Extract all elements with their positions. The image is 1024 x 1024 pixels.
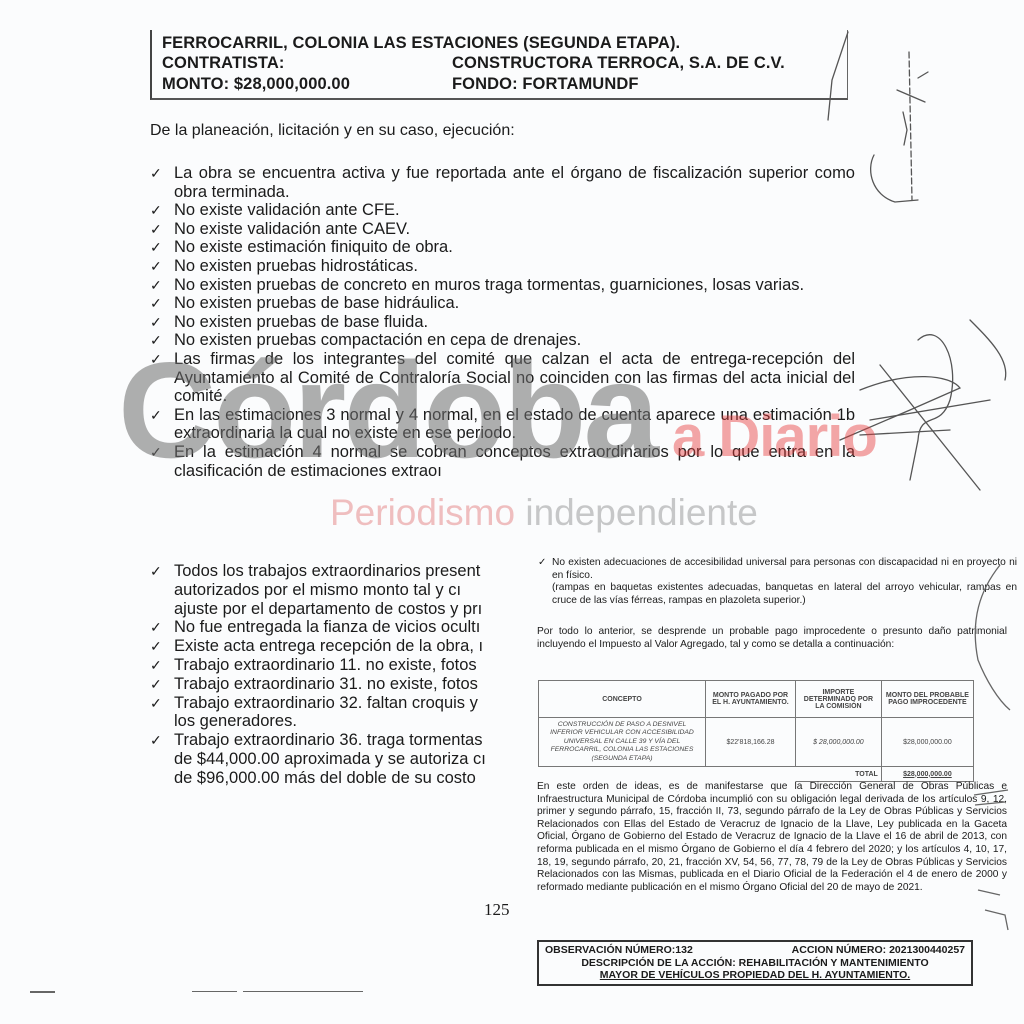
contractor-line: CONTRATISTA: CONSTRUCTORA TERROCA, S.A. …	[162, 54, 285, 73]
finding-text-line: Todos los trabajos extraordinarios prese…	[174, 562, 530, 581]
finding-text-line: Trabajo extraordinario 32. faltan croqui…	[174, 694, 530, 713]
project-title-line: FERROCARRIL, COLONIA LAS ESTACIONES (SEG…	[162, 34, 680, 53]
checkmark-icon: ✓	[150, 257, 162, 276]
finding-item: ✓Todos los trabajos extraordinarios pres…	[150, 562, 530, 618]
finding-item: ✓No fue entregada la fianza de vicios oc…	[150, 618, 530, 637]
checkmark-icon: ✓	[150, 238, 162, 257]
checkmark-icon: ✓	[150, 220, 162, 239]
improper-payment-paragraph: Por todo lo anterior, se desprende un pr…	[537, 626, 1007, 651]
finding-item: ✓No existe estimación finiquito de obra.	[150, 238, 855, 257]
fund-value: FONDO: FORTAMUNDF	[452, 75, 639, 94]
finding-text-line: los generadores.	[174, 712, 530, 731]
finding-text-line: autorizados por el mismo monto tal y cı	[174, 581, 530, 600]
total-label: TOTAL	[796, 767, 882, 782]
finding-text: La obra se encuentra activa y fue report…	[174, 164, 855, 201]
observation-number: OBSERVACIÓN NÚMERO:132	[545, 944, 693, 957]
watermark-logo-text: Córdoba	[118, 342, 656, 478]
action-number: ACCION NÚMERO: 2021300440257	[792, 944, 965, 957]
accessibility-finding: ✓ No existen adecuaciones de accesibilid…	[538, 557, 1017, 607]
table-total-row: TOTAL $28,000,000.00	[539, 767, 974, 782]
table-header: MONTO PAGADO POR EL H. AYUNTAMIENTO.	[706, 681, 796, 718]
watermark-tagline: Periodismo independiente	[330, 494, 758, 531]
table-row: CONSTRUCCIÓN DE PASO A DESNIVEL INFERIOR…	[539, 718, 974, 767]
finding-item: ✓No existen pruebas de base hidráulica.	[150, 294, 855, 313]
checkmark-icon: ✓	[150, 164, 162, 183]
action-description-line1: DESCRIPCIÓN DE LA ACCIÓN: REHABILITACIÓN…	[539, 957, 971, 970]
finding-text: No existen pruebas de base hidráulica.	[174, 294, 459, 312]
project-header-box: FERROCARRIL, COLONIA LAS ESTACIONES (SEG…	[150, 30, 848, 100]
checkmark-icon: ✓	[150, 618, 162, 637]
checkmark-icon: ✓	[150, 276, 162, 295]
finding-item: ✓No existe validación ante CFE.	[150, 201, 855, 220]
table-cell-determined: $ 28,000,000.00	[796, 718, 882, 767]
table-header: IMPORTE DETERMINADO POR LA COMISIÓN	[796, 681, 882, 718]
finding-item: ✓Trabajo extraordinario 11. no existe, f…	[150, 656, 530, 675]
finding-item: ✓No existen pruebas de concreto en muros…	[150, 276, 855, 295]
finding-text: No existe estimación finiquito de obra.	[174, 238, 453, 256]
overlaid-document-fragment: ✓ No existen adecuaciones de accesibilid…	[528, 553, 1018, 953]
checkmark-icon: ✓	[150, 562, 162, 581]
finding-text-line: Existe acta entrega recepción de la obra…	[174, 637, 530, 656]
finding-text-line: Trabajo extraordinario 11. no existe, fo…	[174, 656, 530, 675]
footer-rule	[30, 991, 55, 993]
contractor-value: CONSTRUCTORA TERROCA, S.A. DE C.V.	[452, 54, 785, 73]
table-header: CONCEPTO	[539, 681, 706, 718]
finding-item: ✓Trabajo extraordinario 32. faltan croqu…	[150, 694, 530, 732]
finding-item: ✓La obra se encuentra activa y fue repor…	[150, 164, 855, 201]
checkmark-icon: ✓	[150, 294, 162, 313]
finding-item: ✓No existe validación ante CAEV.	[150, 220, 855, 239]
checkmark-icon: ✓	[150, 694, 162, 713]
amount-line: MONTO: $28,000,000.00 FONDO: FORTAMUNDF	[162, 75, 350, 94]
footer-rule	[243, 991, 363, 992]
finding-text-line: Trabajo extraordinario 31. no existe, fo…	[174, 675, 530, 694]
finding-text: No existe validación ante CFE.	[174, 201, 400, 219]
scanned-document-page: FERROCARRIL, COLONIA LAS ESTACIONES (SEG…	[0, 0, 1024, 1024]
finding-item: ✓No existen pruebas de base fluida.	[150, 313, 855, 332]
finding-text: No existen pruebas hidrostáticas.	[174, 257, 418, 275]
findings-list-truncated: ✓Todos los trabajos extraordinarios pres…	[150, 562, 530, 788]
checkmark-icon: ✓	[150, 675, 162, 694]
table-cell-concept: CONSTRUCCIÓN DE PASO A DESNIVEL INFERIOR…	[539, 718, 706, 767]
footer-rule	[192, 991, 237, 992]
finding-text-line: No fue entregada la fianza de vicios ocu…	[174, 618, 530, 637]
observation-box: OBSERVACIÓN NÚMERO:132 ACCION NÚMERO: 20…	[537, 940, 973, 986]
checkmark-icon: ✓	[538, 557, 547, 570]
table-header-row: CONCEPTO MONTO PAGADO POR EL H. AYUNTAMI…	[539, 681, 974, 718]
section-intro: De la planeación, licitación y en su cas…	[150, 122, 515, 140]
improper-payment-table: CONCEPTO MONTO PAGADO POR EL H. AYUNTAMI…	[538, 680, 974, 782]
finding-item: ✓Existe acta entrega recepción de la obr…	[150, 637, 530, 656]
checkmark-icon: ✓	[150, 731, 162, 750]
checkmark-icon: ✓	[150, 201, 162, 220]
finding-item: ✓Trabajo extraordinario 36. traga tormen…	[150, 731, 530, 787]
finding-text: No existen pruebas de concreto en muros …	[174, 276, 804, 294]
checkmark-icon: ✓	[150, 637, 162, 656]
table-cell-paid: $22'818,166.28	[706, 718, 796, 767]
action-description-line2: MAYOR DE VEHÍCULOS PROPIEDAD DEL H. AYUN…	[539, 969, 971, 982]
finding-text-line: ajuste por el departamento de costos y p…	[174, 600, 530, 619]
table-header: MONTO DEL PROBABLE PAGO IMPROCEDENTE	[881, 681, 973, 718]
table-cell-improper: $28,000,000.00	[881, 718, 973, 767]
accessibility-finding-text: No existen adecuaciones de accesibilidad…	[552, 557, 1017, 581]
checkmark-icon: ✓	[150, 313, 162, 332]
accessibility-finding-detail: (rampas en baquetas existentes adecuadas…	[552, 582, 1017, 606]
finding-text: No existe validación ante CAEV.	[174, 220, 410, 238]
total-value: $28,000,000.00	[881, 767, 973, 782]
amount-value: MONTO: $28,000,000.00	[162, 75, 350, 93]
watermark-logo-suffix: a Diario	[672, 408, 877, 466]
finding-text: No existen pruebas de base fluida.	[174, 313, 428, 331]
finding-text-line: de $96,000.00 más del doble de su costo	[174, 769, 530, 788]
finding-text-line: de $44,000.00 aproximada y se autoriza c…	[174, 750, 530, 769]
finding-item: ✓Trabajo extraordinario 31. no existe, f…	[150, 675, 530, 694]
page-number: 125	[484, 900, 510, 920]
finding-text-line: Trabajo extraordinario 36. traga torment…	[174, 731, 530, 750]
contractor-label: CONTRATISTA:	[162, 54, 285, 72]
checkmark-icon: ✓	[150, 656, 162, 675]
legal-basis-paragraph: En este orden de ideas, es de manifestar…	[537, 781, 1007, 894]
finding-item: ✓No existen pruebas hidrostáticas.	[150, 257, 855, 276]
